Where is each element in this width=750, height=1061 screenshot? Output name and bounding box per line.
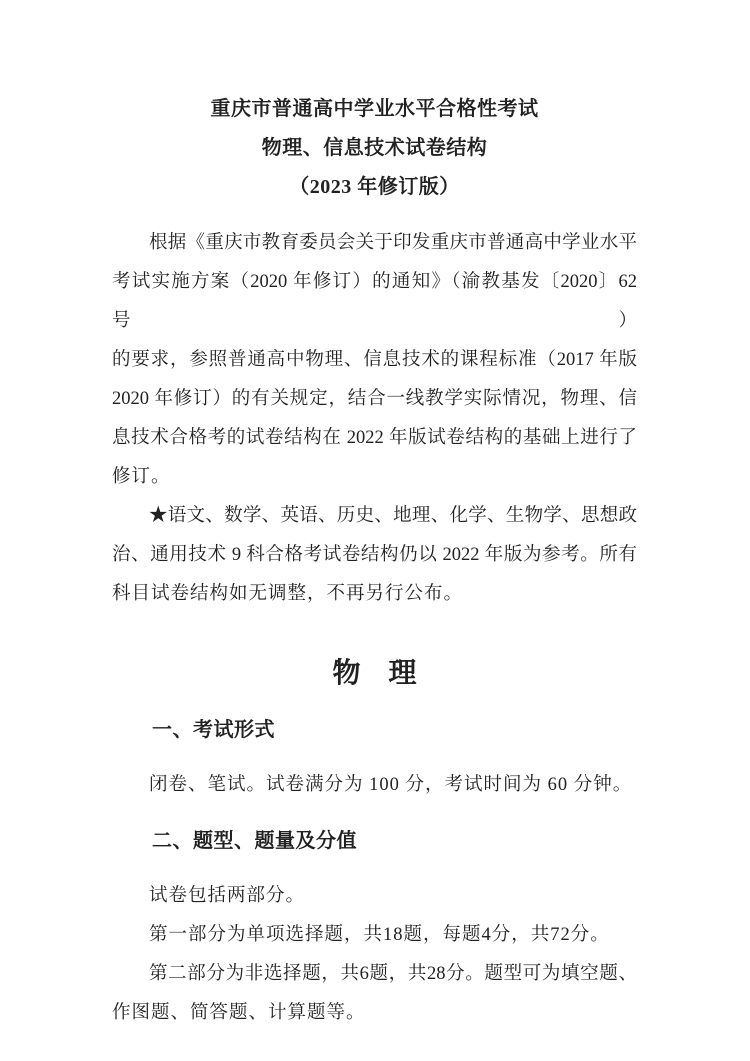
paragraph-line: 考试实施方案（2020 年修订）的通知》（渝教基发〔2020〕62 号） bbox=[112, 263, 637, 341]
paragraph-line: 2020 年修订）的有关规定，结合一线教学实际情况，物理、信 bbox=[112, 380, 637, 419]
exam-format-paragraph: 闭卷、笔试。试卷满分为 100 分，考试时间为 60 分钟。 bbox=[112, 766, 637, 805]
intro-paragraph-1: 根据《重庆市教育委员会关于印发重庆市普通高中学业水平 考试实施方案（2020 年… bbox=[112, 224, 637, 497]
intro-paragraph-2: ★语文、数学、英语、历史、地理、化学、生物学、思想政 治、通用技术 9 科合格考… bbox=[112, 497, 637, 614]
title-line-3: （2023 年修订版） bbox=[112, 168, 637, 207]
title-line-2: 物理、信息技术试卷结构 bbox=[112, 129, 637, 168]
physics-section-title: 物 理 bbox=[112, 652, 637, 694]
structure-intro-paragraph: 试卷包括两部分。 bbox=[112, 877, 637, 916]
paragraph-line: 息技术合格考的试卷结构在 2022 年版试卷结构的基础上进行了 bbox=[112, 419, 637, 458]
paragraph-line: 根据《重庆市教育委员会关于印发重庆市普通高中学业水平 bbox=[112, 224, 637, 263]
part2-paragraph: 第二部分为非选择题，共6题，共28分。题型可为填空题、 作图题、简答题、计算题等… bbox=[112, 955, 637, 1033]
part1-paragraph: 第一部分为单项选择题，共18题，每题4分，共72分。 bbox=[112, 916, 637, 955]
physics-section: 一、考试形式 闭卷、笔试。试卷满分为 100 分，考试时间为 60 分钟。 二、… bbox=[112, 711, 637, 1034]
exam-format-text: 闭卷、笔试。试卷满分为 100 分，考试时间为 60 分钟。 bbox=[112, 766, 637, 805]
paragraph-line: 治、通用技术 9 科合格考试卷结构仍以 2022 年版为参考。所有 bbox=[112, 536, 637, 575]
document-page: 重庆市普通高中学业水平合格性考试 物理、信息技术试卷结构 （2023 年修订版）… bbox=[0, 0, 750, 1061]
heading-exam-format: 一、考试形式 bbox=[112, 711, 637, 750]
paragraph-line: 的要求，参照普通高中物理、信息技术的课程标准（2017 年版 bbox=[112, 341, 637, 380]
structure-intro-text: 试卷包括两部分。 bbox=[112, 877, 637, 916]
paragraph-line: 作图题、简答题、计算题等。 bbox=[112, 994, 637, 1033]
document-title: 重庆市普通高中学业水平合格性考试 物理、信息技术试卷结构 （2023 年修订版） bbox=[112, 90, 637, 207]
heading-question-types: 二、题型、题量及分值 bbox=[112, 822, 637, 861]
paragraph-line: 修订。 bbox=[112, 458, 637, 497]
paragraph-line: 科目试卷结构如无调整，不再另行公布。 bbox=[112, 575, 637, 614]
title-line-1: 重庆市普通高中学业水平合格性考试 bbox=[112, 90, 637, 129]
paragraph-line: 第二部分为非选择题，共6题，共28分。题型可为填空题、 bbox=[112, 955, 637, 994]
paragraph-line: ★语文、数学、英语、历史、地理、化学、生物学、思想政 bbox=[112, 497, 637, 536]
part1-text: 第一部分为单项选择题，共18题，每题4分，共72分。 bbox=[112, 916, 637, 955]
